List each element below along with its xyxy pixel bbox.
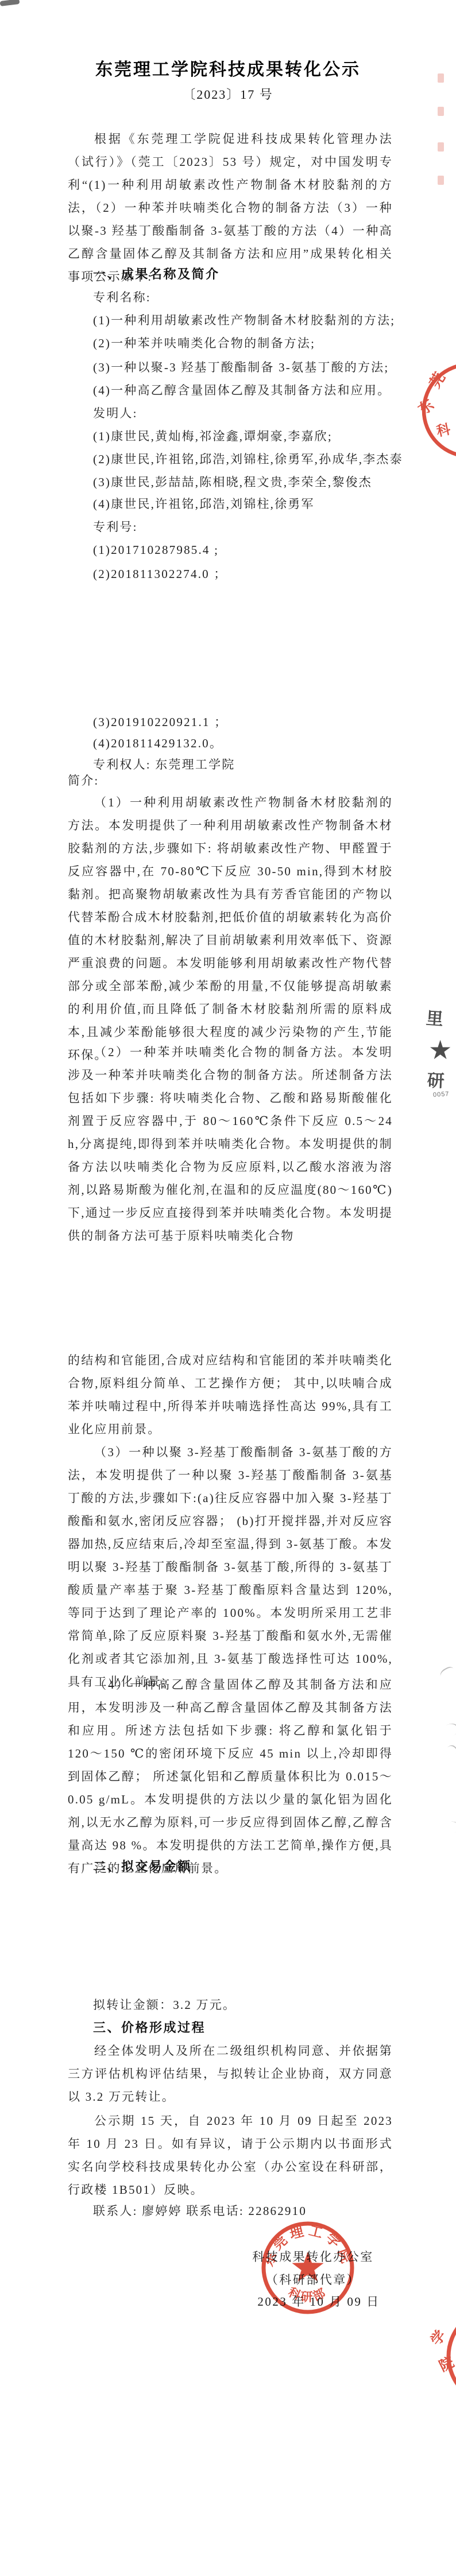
brief-paragraph-4: （4）一种高乙醇含量固体乙醇及其制备方法和应用，本发明涉及一种高乙醇含量固体乙醇… (68, 1673, 393, 1880)
transfer-amount-line: 拟转让金额：3.2 万元。 (93, 1993, 236, 2016)
svg-text:科研部: 科研部 (286, 2285, 329, 2304)
patent-name-2: (2)一种苯并呋喃类化合物的制备方法; (93, 332, 315, 355)
pink-dash-mark (438, 176, 444, 185)
brief-paragraph-2a: （2）一种苯并呋喃类化合物的制备方法。本发明涉及一种苯并呋喃类化合物的制备方法。… (68, 1041, 393, 1247)
patent-names-label: 专利名称: (93, 286, 151, 309)
inventors-label: 发明人: (93, 402, 138, 425)
inventors-4: (4)康世民,许祖铭,邱浩,刘锦柱,徐勇军 (93, 492, 315, 515)
seal-bottom-text: 科研部 (286, 2285, 329, 2304)
gray-stamp-smudge (0, 0, 20, 6)
inventors-2: (2)康世民,许祖铭,邱浩,刘锦柱,徐勇军,孙成华,李杰泰 (93, 448, 403, 471)
patent-number-1: (1)201710287985.4 ; (93, 538, 219, 561)
edge-seal-char-3: 科 (435, 421, 453, 440)
pen-scribble (443, 1743, 456, 1759)
document-page: 东莞理工学院科技成果转化公示 〔2023〕17 号 根据《东莞理工学院促进科技成… (0, 0, 456, 2576)
brief-paragraph-1: （1）一种利用胡敏素改性产物制备木材胶黏剂的方法。本发明提供了一种利用胡敏素改性… (68, 791, 393, 1066)
patent-number-4: (4)201811429132.0。 (93, 732, 223, 755)
pink-dash-mark (438, 73, 444, 83)
gray-stamp-char-2: 研 (427, 1066, 445, 1092)
document-number: 〔2023〕17 号 (0, 85, 456, 103)
gray-stamp-char-1: 里 (426, 1004, 445, 1030)
brief-paragraph-2b: 的结构和官能团,合成对应结构和官能团的苯并呋喃类化合物,原料组分简单、工艺操作方… (68, 1349, 393, 1441)
brief-paragraph-3: （3）一种以聚 3-羟基丁酸酯制备 3-氨基丁酸的方法，本发明提供了一种以聚 3… (68, 1441, 393, 1693)
section1-heading: 一、成果名称及简介 (93, 263, 220, 286)
patent-numbers-label: 专利号: (93, 515, 138, 538)
publicity-period-paragraph: 公示期 15 天，自 2023 年 10 月 09 日起至 2023 年 10 … (68, 2109, 393, 2201)
pink-dash-mark (438, 142, 444, 152)
patent-name-1: (1)一种利用胡敏素改性产物制备木材胶黏剂的方法; (93, 309, 395, 332)
price-process-paragraph: 经全体发明人及所在二级组织机构同意、并依据第三方评估机构评估结果，与拟转让企业协… (68, 2039, 393, 2108)
inventors-3: (3)康世民,彭喆喆,陈相晓,程文贵,李荣全,黎俊杰 (93, 471, 372, 494)
section2-heading: 二、拟交易金额 (93, 1855, 192, 1878)
official-seal: 东莞理工学院 科研部 (260, 2220, 356, 2316)
contact-line: 联系人: 廖婷婷 联系电话: 22862910 (93, 2199, 307, 2222)
pen-scribble (438, 1665, 456, 1681)
patent-number-2: (2)201811302274.0 ； (93, 562, 227, 585)
patent-number-3: (3)201910220921.1 ； (93, 711, 227, 734)
pen-scribble (442, 1820, 456, 1836)
corner-seal-char-1: 学 (428, 2327, 449, 2349)
inventors-1: (1)康世民,黄灿梅,祁淦鑫,谭炯豪,李嘉欣; (93, 425, 333, 448)
patent-name-3: (3)一种以聚-3 羟基丁酸酯制备 3-氨基丁酸的方法; (93, 356, 389, 379)
corner-seal-fragment: 学 院 (402, 2313, 456, 2396)
brief-label: 简介: (68, 769, 99, 792)
edge-seal-fragment-page1: 莞 东 科 (393, 360, 456, 461)
pink-dash-mark (438, 107, 444, 116)
page-title: 东莞理工学院科技成果转化公示 (0, 55, 456, 80)
gray-stamp-star-icon: ★ (428, 1037, 452, 1063)
patentee-line: 专利权人: 东莞理工学院 (93, 753, 235, 776)
gray-stamp-digits: 0057 (433, 1091, 450, 1099)
seal-star-icon (292, 2252, 323, 2282)
section3-heading: 三、价格形成过程 (93, 2016, 206, 2039)
patent-name-4: (4)一种高乙醇含量固体乙醇及其制备方法和应用。 (93, 379, 391, 402)
pen-scribble (436, 1721, 456, 1741)
edge-seal-char-2: 东 (415, 395, 437, 418)
